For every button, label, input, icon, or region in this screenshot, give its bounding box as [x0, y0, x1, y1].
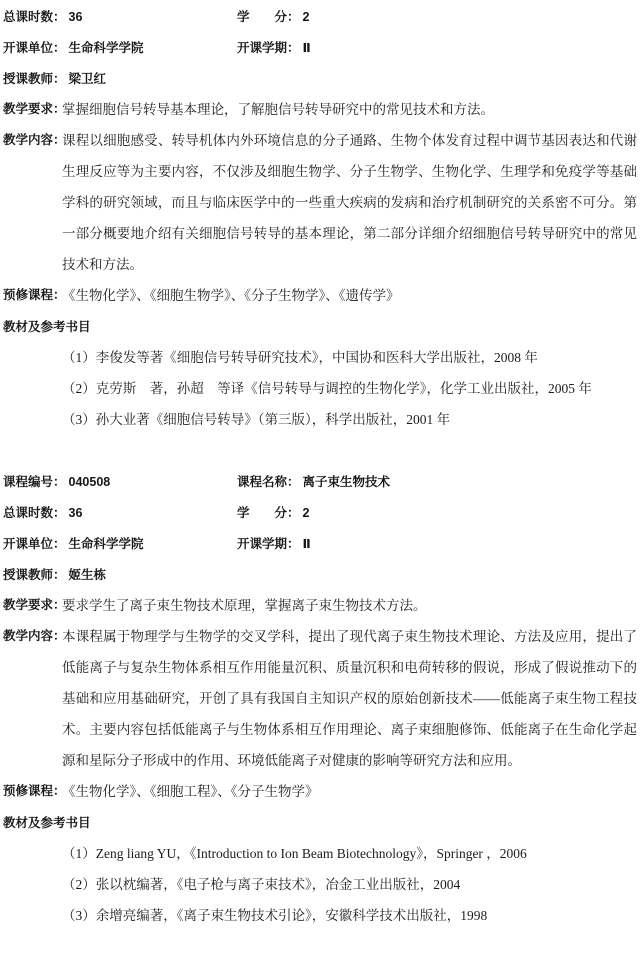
teaching-requirements-text: 掌握细胞信号转导基本理论，了解胞信号转导研究中的常见技术和方法。	[62, 94, 637, 125]
term-label: 开课学期：	[237, 41, 300, 55]
credit-label: 学 分：	[237, 506, 300, 520]
book-item: （3）孙大业著《细胞信号转导》（第三版），科学出版社，2001 年	[0, 404, 637, 435]
section-divider-space	[0, 435, 637, 466]
credit-pair: 学 分：2	[237, 1, 309, 33]
teaching-requirements-label: 教学要求：	[3, 590, 66, 621]
teaching-content-row: 教学内容： 本课程属于物理学与生物学的交叉学科，提出了现代离子束生物技术理论、方…	[0, 621, 637, 776]
unit-label: 开课单位：	[3, 537, 66, 551]
unit-value: 生命科学学院	[69, 537, 144, 551]
book-item: （1）李俊发等著《细胞信号转导研究技术》，中国协和医科大学出版社，2008 年	[0, 342, 637, 373]
code-pair: 课程编号：040508	[3, 473, 110, 490]
unit-value: 生命科学学院	[69, 41, 144, 55]
teaching-requirements-label: 教学要求：	[3, 94, 66, 125]
textbooks-title-row: 教材及参考书目	[0, 807, 637, 838]
name-pair: 课程名称：离子束生物技术	[237, 466, 390, 498]
textbooks-title: 教材及参考书目	[3, 320, 91, 334]
course-name-value: 离子束生物技术	[303, 475, 391, 489]
credit-value: 2	[303, 506, 310, 520]
teaching-requirements-row: 教学要求： 要求学生了离子束生物技术原理，掌握离子束生物技术方法。	[0, 590, 637, 621]
course-section-1: 总课时数：36 学 分：2 开课单位：生命科学学院 开课学期：Ⅱ 授课教师：梁卫…	[0, 1, 637, 435]
credit-label: 学 分：	[237, 10, 300, 24]
total-hours-value: 36	[69, 506, 83, 520]
course-section-2: 课程编号：040508 课程名称：离子束生物技术 总课时数：36 学 分：2 开…	[0, 466, 637, 931]
prerequisites-row: 预修课程： 《生物化学》、《细胞工程》、《分子生物学》	[0, 776, 637, 807]
credit-pair: 学 分：2	[237, 497, 309, 529]
total-hours-label: 总课时数：	[3, 10, 66, 24]
unit-label: 开课单位：	[3, 41, 66, 55]
prerequisites-row: 预修课程： 《生物化学》、《细胞生物学》、《分子生物学》、《遗传学》	[0, 280, 637, 311]
teacher-value: 姬生栋	[69, 568, 107, 582]
teaching-requirements-text: 要求学生了离子束生物技术原理，掌握离子束生物技术方法。	[62, 590, 637, 621]
term-pair: 开课学期：Ⅱ	[237, 32, 311, 64]
textbooks-title: 教材及参考书目	[3, 816, 91, 830]
book-item: （2）克劳斯 著，孙超 等译《信号转导与调控的生物化学》，化学工业出版社，200…	[0, 373, 637, 404]
prerequisites-text: 《生物化学》、《细胞工程》、《分子生物学》	[62, 776, 637, 807]
teacher-row: 授课教师：梁卫红	[0, 63, 637, 94]
teacher-label: 授课教师：	[3, 72, 66, 86]
teaching-content-text: 本课程属于物理学与生物学的交叉学科，提出了现代离子束生物技术理论、方法及应用，提…	[62, 621, 637, 776]
course-name-label: 课程名称：	[237, 475, 300, 489]
hours-credit-row: 总课时数：36 学 分：2	[0, 1, 637, 32]
course-code-label: 课程编号：	[3, 475, 66, 489]
course-catalog-page: 总课时数：36 学 分：2 开课单位：生命科学学院 开课学期：Ⅱ 授课教师：梁卫…	[0, 0, 643, 931]
term-label: 开课学期：	[237, 537, 300, 551]
hours-pair: 总课时数：36	[3, 8, 82, 25]
code-name-row: 课程编号：040508 课程名称：离子束生物技术	[0, 466, 637, 497]
prerequisites-label: 预修课程：	[3, 776, 66, 807]
unit-pair: 开课单位：生命科学学院	[3, 535, 144, 552]
book-item: （2）张以枕编著，《电子枪与离子束技术》，冶金工业出版社，2004	[0, 869, 637, 900]
term-value: Ⅱ	[303, 41, 311, 55]
unit-term-row: 开课单位：生命科学学院 开课学期：Ⅱ	[0, 32, 637, 63]
course-code-value: 040508	[69, 475, 111, 489]
credit-value: 2	[303, 10, 310, 24]
teaching-content-label: 教学内容：	[3, 125, 66, 156]
teaching-requirements-row: 教学要求： 掌握细胞信号转导基本理论，了解胞信号转导研究中的常见技术和方法。	[0, 94, 637, 125]
hours-credit-row: 总课时数：36 学 分：2	[0, 497, 637, 528]
teaching-content-label: 教学内容：	[3, 621, 66, 652]
prerequisites-label: 预修课程：	[3, 280, 66, 311]
total-hours-label: 总课时数：	[3, 506, 66, 520]
total-hours-value: 36	[69, 10, 83, 24]
teacher-row: 授课教师：姬生栋	[0, 559, 637, 590]
unit-term-row: 开课单位：生命科学学院 开课学期：Ⅱ	[0, 528, 637, 559]
book-item: （1）Zeng liang YU，《Introduction to Ion Be…	[0, 838, 637, 869]
teacher-label: 授课教师：	[3, 568, 66, 582]
teaching-content-row: 教学内容： 课程以细胞感受、转导机体内外环境信息的分子通路、生物个体发育过程中调…	[0, 125, 637, 280]
term-value: Ⅱ	[303, 537, 311, 551]
prerequisites-text: 《生物化学》、《细胞生物学》、《分子生物学》、《遗传学》	[62, 280, 637, 311]
term-pair: 开课学期：Ⅱ	[237, 528, 311, 560]
unit-pair: 开课单位：生命科学学院	[3, 39, 144, 56]
textbooks-title-row: 教材及参考书目	[0, 311, 637, 342]
hours-pair: 总课时数：36	[3, 504, 82, 521]
teaching-content-text: 课程以细胞感受、转导机体内外环境信息的分子通路、生物个体发育过程中调节基因表达和…	[62, 125, 637, 280]
book-item: （3）余增亮编著，《离子束生物技术引论》，安徽科学技术出版社，1998	[0, 900, 637, 931]
teacher-value: 梁卫红	[69, 72, 107, 86]
